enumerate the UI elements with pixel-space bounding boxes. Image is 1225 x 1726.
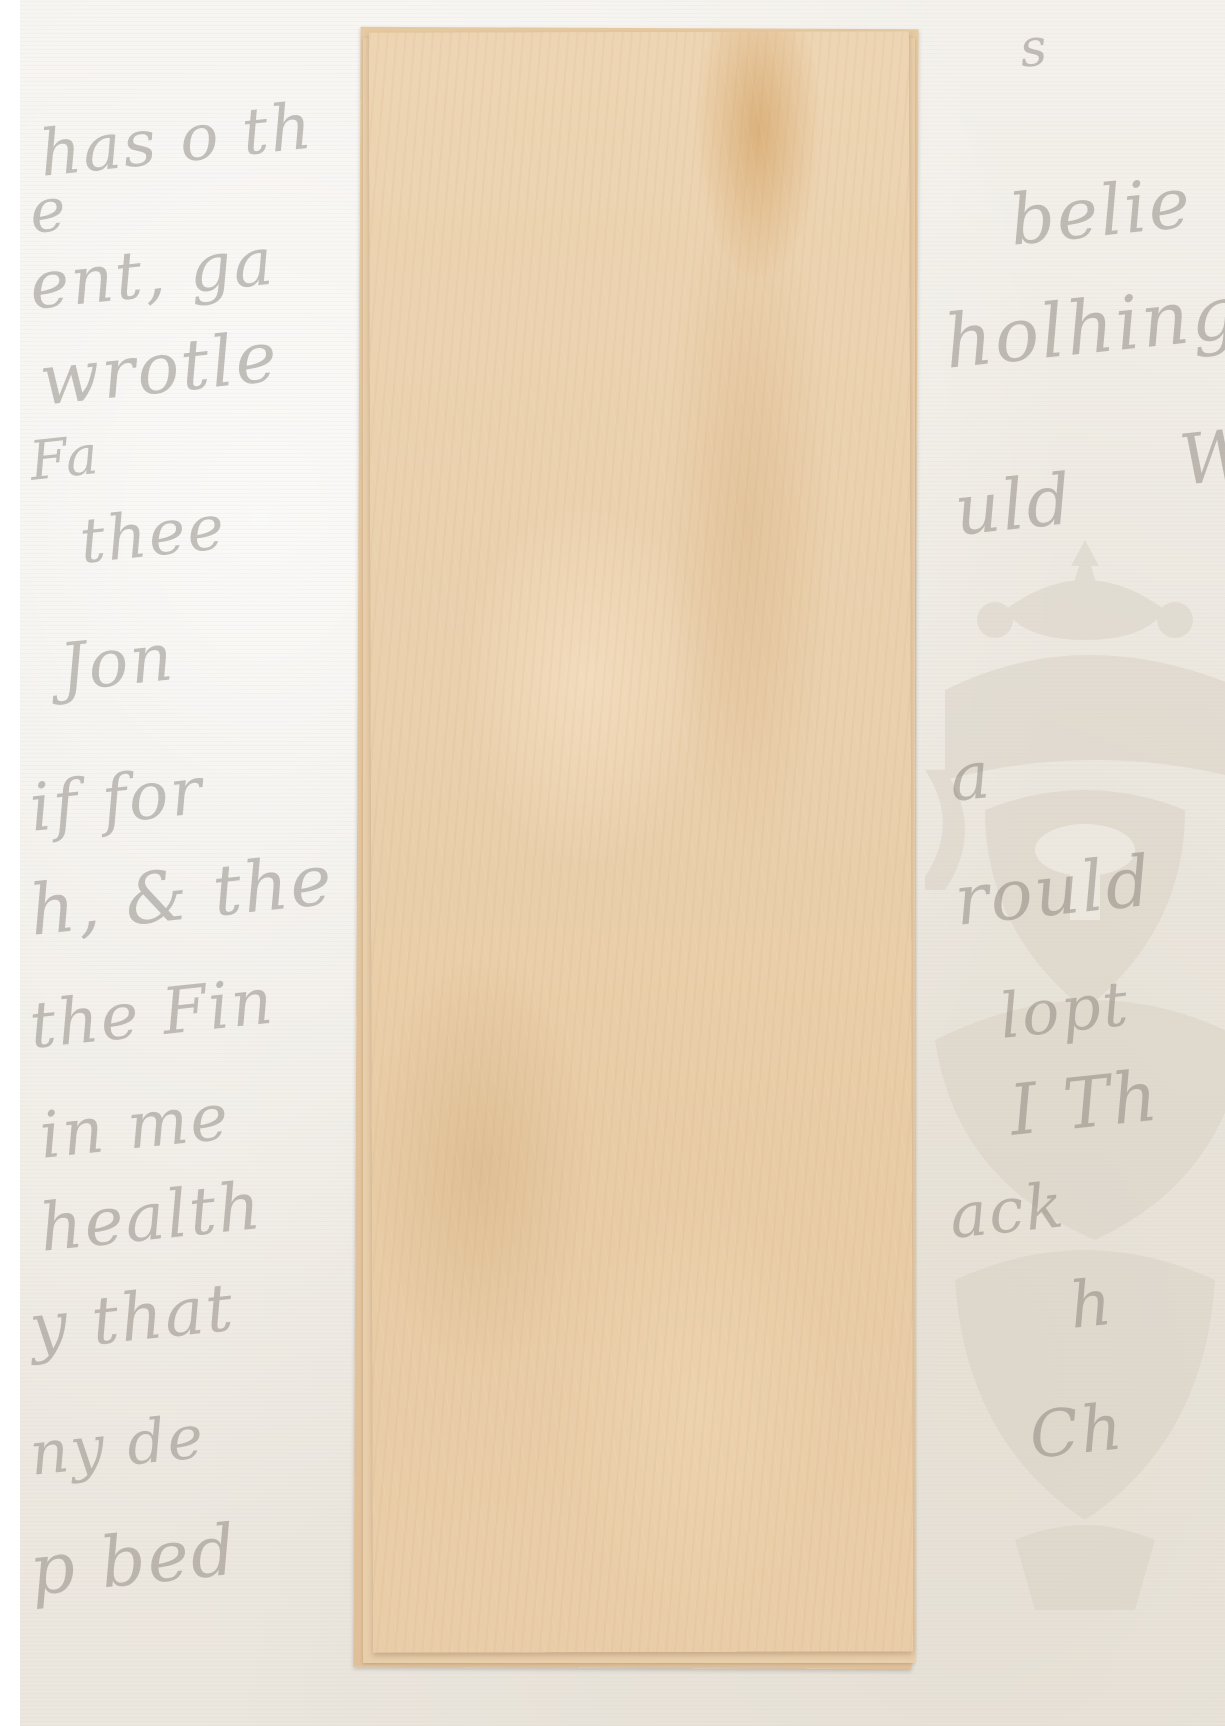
script-fragment: h (1066, 1266, 1117, 1344)
script-fragment: I Th (1006, 1055, 1163, 1152)
script-fragment: Jon (56, 618, 178, 707)
aged-paper-strip (369, 31, 913, 1652)
script-fragment: Fa (27, 423, 103, 493)
script-fragment: ack (946, 1168, 1068, 1253)
paper-grain-texture (369, 31, 913, 1652)
script-fragment: W (1176, 412, 1225, 501)
script-fragment: uld (951, 458, 1077, 552)
script-fragment: s (1017, 17, 1052, 80)
script-fragment: thee (76, 490, 229, 578)
script-fragment: e (26, 174, 71, 248)
script-fragment: a (946, 736, 995, 817)
script-fragment: lopt (996, 967, 1133, 1053)
script-fragment: Ch (1026, 1390, 1127, 1473)
